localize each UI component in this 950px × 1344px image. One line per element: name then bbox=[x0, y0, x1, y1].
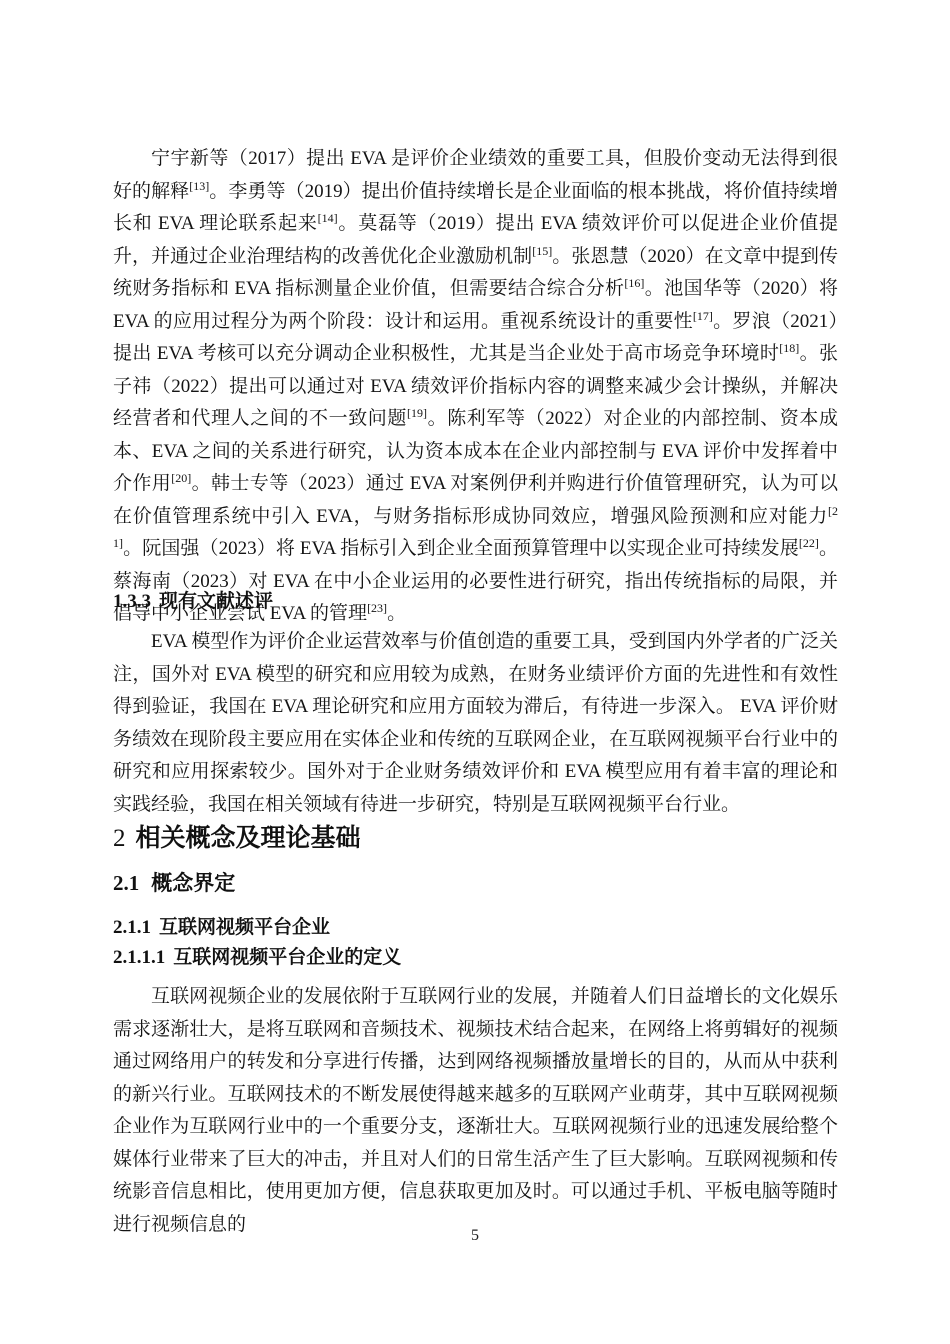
citation-ref: [20] bbox=[171, 471, 191, 485]
literature-review-paragraph: 宁宇新等（2017）提出 EVA 是评价企业绩效的重要工具，但股价变动无法得到很… bbox=[113, 143, 838, 631]
heading-number: 2.1.1.1 bbox=[113, 947, 165, 968]
document-page: 宁宇新等（2017）提出 EVA 是评价企业绩效的重要工具，但股价变动无法得到很… bbox=[0, 0, 950, 1344]
heading-number: 2 bbox=[113, 825, 126, 852]
heading-2-1-1-1: 2.1.1.1互联网视频平台企业的定义 bbox=[113, 945, 838, 971]
citation-ref: [22] bbox=[799, 536, 819, 550]
heading-2-1: 2.1概念界定 bbox=[113, 869, 838, 898]
heading-number: 1.3.3 bbox=[113, 591, 151, 612]
definition-paragraph: 互联网视频企业的发展依附于互联网行业的发展，并随着人们日益增长的文化娱乐需求逐渐… bbox=[113, 981, 838, 1241]
heading-title: 现有文献述评 bbox=[159, 591, 273, 612]
citation-ref: [17] bbox=[693, 309, 713, 323]
citation-ref: [15] bbox=[532, 244, 552, 258]
heading-2-1-1: 2.1.1互联网视频平台企业 bbox=[113, 915, 838, 941]
heading-title: 互联网视频平台企业 bbox=[159, 917, 330, 938]
page-number: 5 bbox=[0, 1226, 950, 1246]
citation-ref: [13] bbox=[189, 179, 209, 193]
citation-ref: [18] bbox=[779, 341, 799, 355]
heading-number: 2.1 bbox=[113, 871, 139, 895]
heading-chapter-2: 2相关概念及理论基础 bbox=[113, 822, 838, 855]
citation-ref: [19] bbox=[407, 406, 427, 420]
review-summary-paragraph: EVA 模型作为评价企业运营效率与价值创造的重要工具，受到国内外学者的广泛关注，… bbox=[113, 626, 838, 821]
citation-ref: [14] bbox=[318, 211, 338, 225]
heading-title: 相关概念及理论基础 bbox=[136, 824, 361, 852]
citation-ref: [21] bbox=[113, 504, 838, 551]
heading-number: 2.1.1 bbox=[113, 917, 151, 938]
heading-1-3-3: 1.3.3现有文献述评 bbox=[113, 589, 838, 615]
heading-title: 概念界定 bbox=[151, 872, 235, 895]
heading-title: 互联网视频平台企业的定义 bbox=[173, 947, 401, 968]
citation-ref: [16] bbox=[624, 276, 644, 290]
